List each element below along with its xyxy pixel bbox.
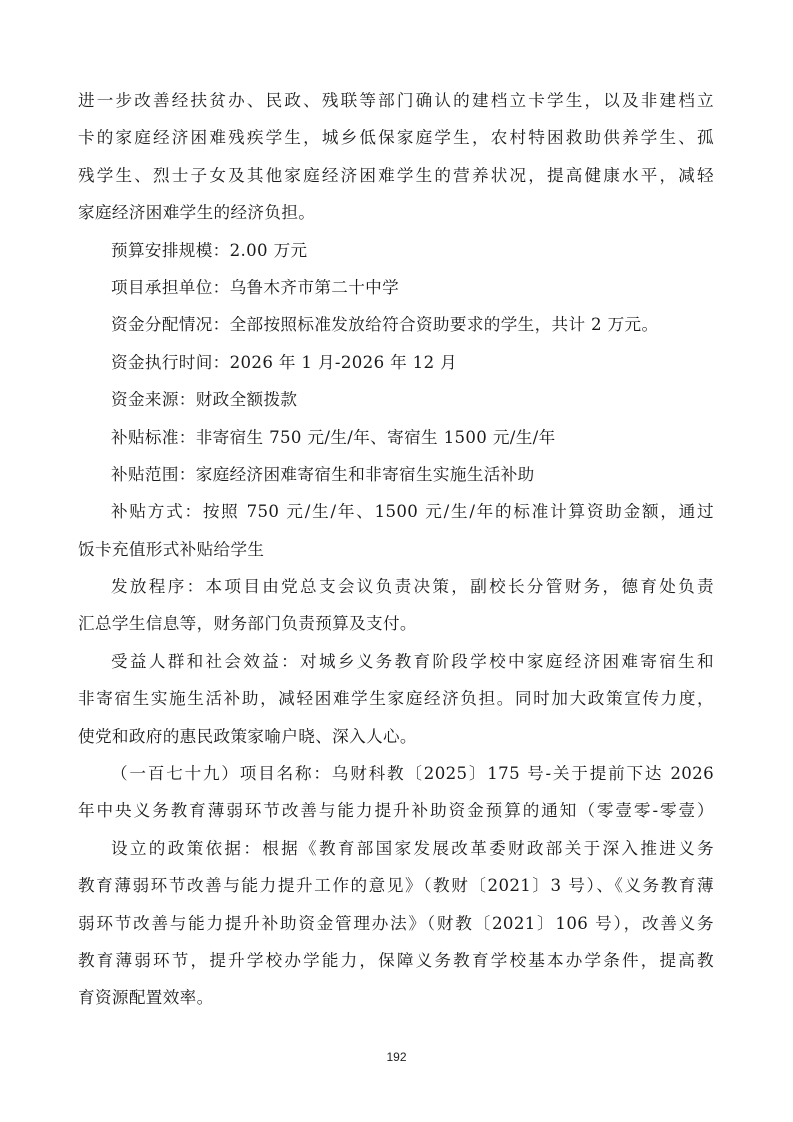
text-line: （一百七十九）项目名称：乌财科教〔2025〕175 号-关于提前下达 2026	[78, 755, 714, 792]
text-line: 年中央义务教育薄弱环节改善与能力提升补助资金预算的通知（零壹零-零壹）	[78, 792, 714, 829]
text-line: 进一步改善经扶贫办、民政、残联等部门确认的建档立卡学生，以及非建档立	[78, 82, 714, 119]
document-page: 进一步改善经扶贫办、民政、残联等部门确认的建档立卡学生，以及非建档立卡的家庭经济…	[78, 82, 714, 1017]
text-line: 项目承担单位：乌鲁木齐市第二十中学	[78, 269, 714, 306]
text-line: 使党和政府的惠民政策家喻户晓、深入人心。	[78, 718, 714, 755]
text-line: 预算安排规模：2.00 万元	[78, 232, 714, 269]
text-line: 非寄宿生实施生活补助，减轻困难学生家庭经济负担。同时加大政策宣传力度，	[78, 680, 714, 717]
text-line: 受益人群和社会效益：对城乡义务教育阶段学校中家庭经济困难寄宿生和	[78, 643, 714, 680]
text-line: 设立的政策依据：根据《教育部国家发展改革委财政部关于深入推进义务	[78, 830, 714, 867]
text-line: 卡的家庭经济困难残疾学生，城乡低保家庭学生，农村特困救助供养学生、孤	[78, 119, 714, 156]
text-line: 发放程序：本项目由党总支会议负责决策，副校长分管财务，德育处负责	[78, 568, 714, 605]
text-line: 补贴标准：非寄宿生 750 元/生/年、寄宿生 1500 元/生/年	[78, 419, 714, 456]
page-number: 192	[0, 1050, 793, 1064]
text-line: 补贴范围：家庭经济困难寄宿生和非寄宿生实施生活补助	[78, 456, 714, 493]
text-line: 家庭经济困难学生的经济负担。	[78, 194, 714, 231]
text-line: 资金执行时间：2026 年 1 月-2026 年 12 月	[78, 344, 714, 381]
text-line: 教育薄弱环节改善与能力提升工作的意见》（教财〔2021〕3 号）、《义务教育薄	[78, 867, 714, 904]
text-line: 饭卡充值形式补贴给学生	[78, 531, 714, 568]
text-line: 弱环节改善与能力提升补助资金管理办法》（财教〔2021〕106 号），改善义务	[78, 905, 714, 942]
text-line: 补贴方式：按照 750 元/生/年、1500 元/生/年的标准计算资助金额，通过	[78, 493, 714, 530]
text-line: 资金分配情况：全部按照标准发放给符合资助要求的学生，共计 2 万元。	[78, 306, 714, 343]
text-line: 资金来源：财政全额拨款	[78, 381, 714, 418]
text-line: 汇总学生信息等，财务部门负责预算及支付。	[78, 605, 714, 642]
text-line: 育资源配置效率。	[78, 979, 714, 1016]
text-line: 残学生、烈士子女及其他家庭经济困难学生的营养状况，提高健康水平，减轻	[78, 157, 714, 194]
text-line: 教育薄弱环节，提升学校办学能力，保障义务教育学校基本办学条件，提高教	[78, 942, 714, 979]
